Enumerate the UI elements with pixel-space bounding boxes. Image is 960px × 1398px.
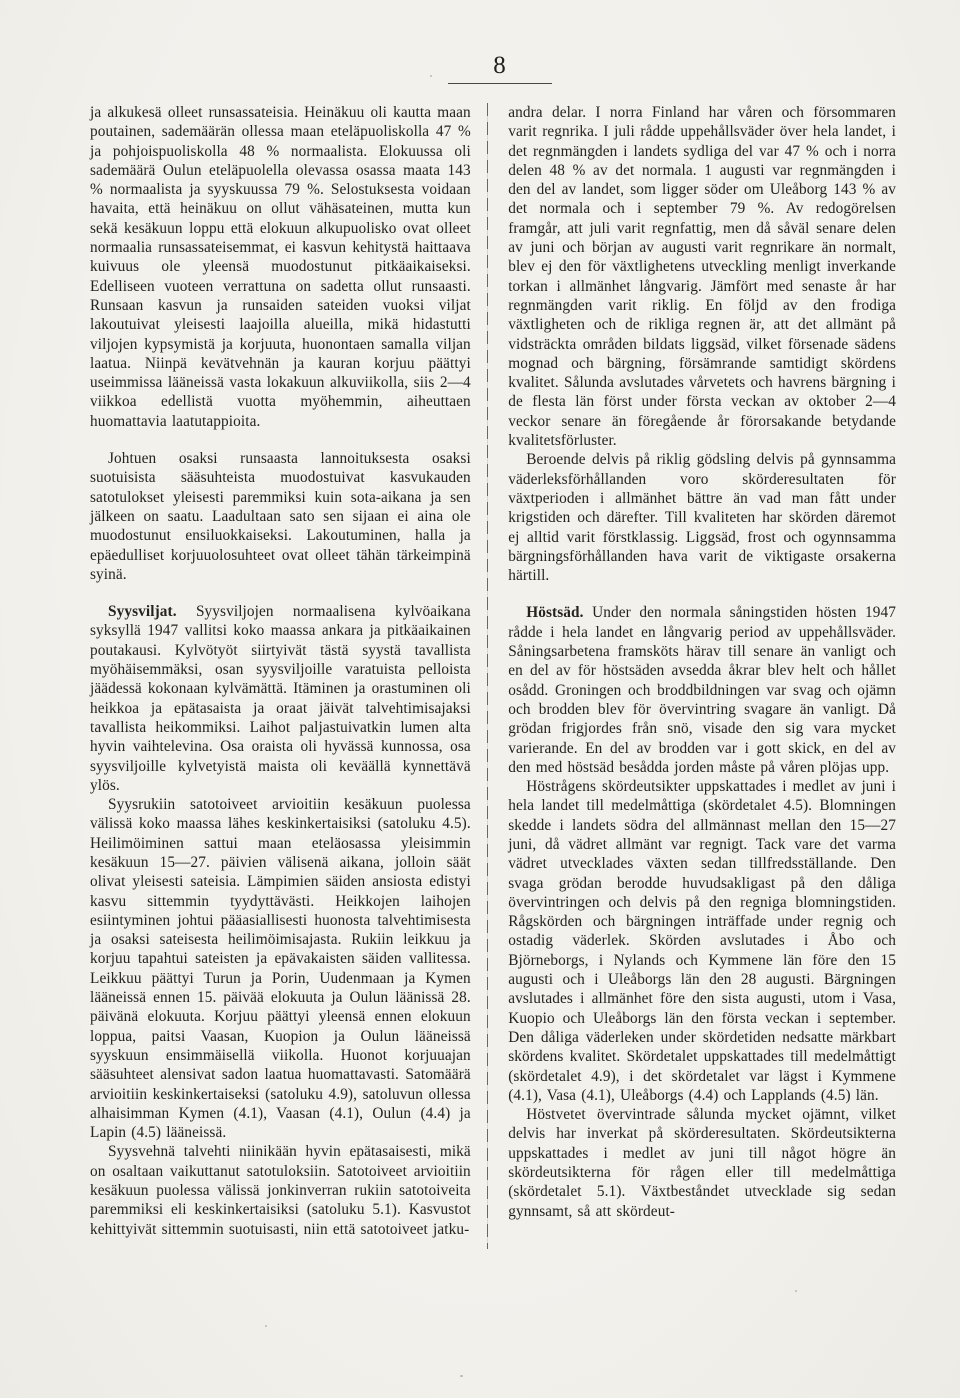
scan-speck <box>430 75 432 77</box>
paragraph-body: Under den normala såningstiden hösten 19… <box>508 604 896 775</box>
paragraph-lead-hostsad: Höstsäd. <box>526 604 583 621</box>
swedish-paragraph-continuation: andra delar. I norra Finland har våren o… <box>508 103 896 450</box>
column-divider-rule <box>487 103 488 1249</box>
paragraph-lead-syysviljat: Syysviljat. <box>108 603 177 620</box>
right-column-swedish: andra delar. I norra Finland har våren o… <box>508 103 896 1221</box>
scan-speck <box>460 1375 463 1377</box>
finnish-paragraph-harvest-results: Johtuen osaksi runsaasta lannoituksesta … <box>90 449 471 584</box>
two-column-text-block: ja alkukesä olleet runsassateisia. Heinä… <box>90 103 896 1249</box>
swedish-paragraph-harvest-results: Beroende delvis på riklig gödsling delvi… <box>508 450 896 585</box>
page-number-rule <box>448 83 552 84</box>
scanned-document-page: 8 ja alkukesä olleet runsassateisia. Hei… <box>0 0 960 1398</box>
swedish-paragraph-hostsad: Höstsäd. Under den normala såningstiden … <box>508 603 896 777</box>
finnish-paragraph-continuation: ja alkukesä olleet runsassateisia. Heinä… <box>90 103 471 431</box>
finnish-paragraph-syysruis: Syysrukiin satotoiveet arvioitiin kesäku… <box>90 795 471 1142</box>
page-number: 8 <box>448 52 552 80</box>
swedish-paragraph-hostrag: Höstrågens skördeutsikter uppskattades i… <box>508 777 896 1105</box>
finnish-paragraph-syysviljat: Syysviljat. Syysviljojen normaalisena ky… <box>90 602 471 795</box>
scan-speck <box>265 1325 267 1327</box>
paragraph-body: Syysviljojen normaalisena kylvöaikana sy… <box>90 603 471 794</box>
finnish-paragraph-syysvehna: Syysvehnä talvehti niinikään hyvin epäta… <box>90 1142 471 1238</box>
scan-speck <box>795 1290 797 1292</box>
swedish-paragraph-hostvete: Höstvetet övervintrade sålunda mycket oj… <box>508 1105 896 1221</box>
left-column-finnish: ja alkukesä olleet runsassateisia. Heinä… <box>90 103 471 1239</box>
page-header: 8 <box>448 52 552 84</box>
